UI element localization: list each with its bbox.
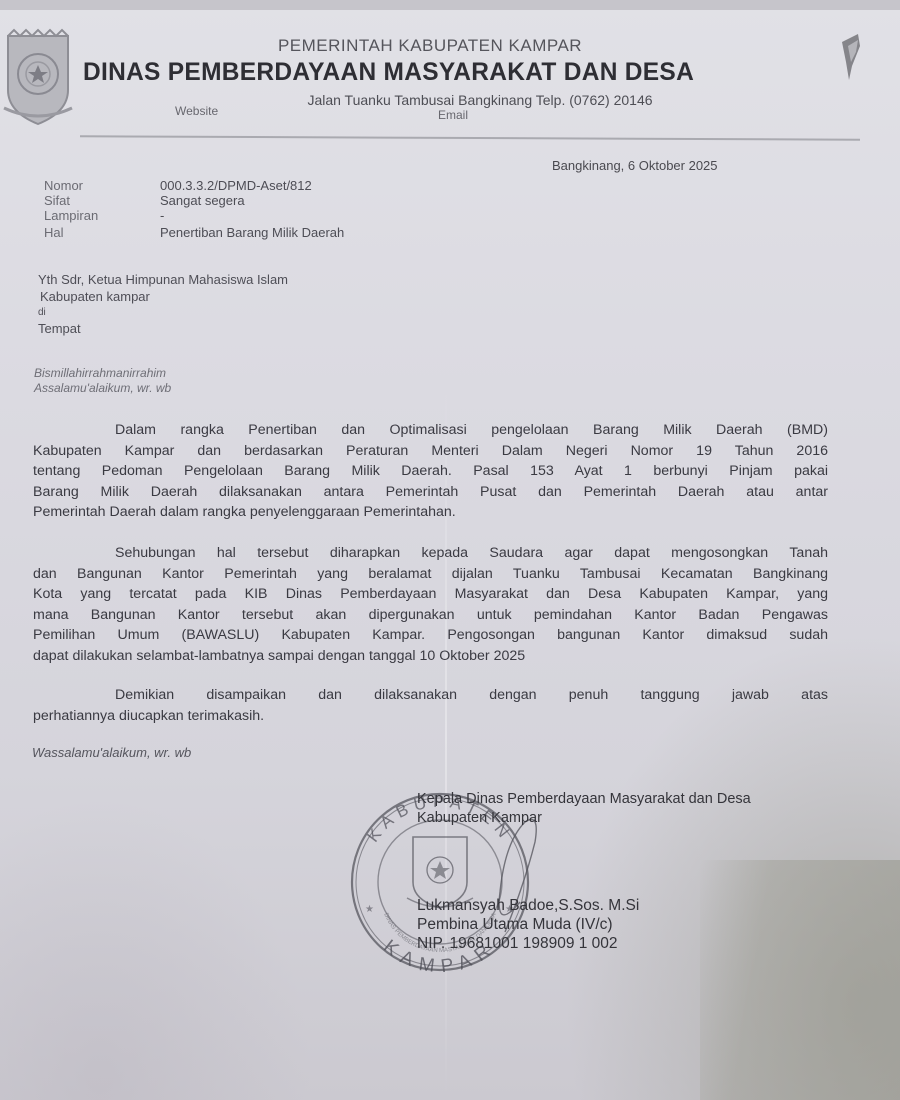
paragraph-line: mana Bangunan Kantor tersebut akan diper… [33,605,828,626]
body-paragraph-3: Demikian disampaikan dan dilaksanakan de… [33,685,828,726]
meta-value: 000.3.3.2/DPMD-Aset/812 [160,178,312,193]
letterhead-agency: DINAS PEMBERDAYAAN MASYARAKAT DAN DESA [83,58,694,87]
meta-value: Penertiban Barang Milik Daerah [160,225,344,240]
letterhead-website-label: Website [175,104,218,118]
meta-row-sifat: Sifat Sangat segera [44,193,344,208]
greeting-block: Bismillahirrahmanirrahim Assalamu'alaiku… [34,366,171,396]
meta-label: Hal [44,225,160,240]
meta-row-lampiran: Lampiran - [44,208,344,223]
meta-row-nomor: Nomor 000.3.3.2/DPMD-Aset/812 [44,178,344,193]
letter-meta: Nomor 000.3.3.2/DPMD-Aset/812 Sifat Sang… [44,178,344,240]
letter-page: PEMERINTAH KABUPATEN KAMPAR DINAS PEMBER… [0,0,900,1100]
signature-block: Kepala Dinas Pemberdayaan Masyarakat dan… [417,790,751,953]
paragraph-line: Kota yang tercatat pada KIB Dinas Pember… [33,584,828,605]
meta-label: Sifat [44,193,160,208]
greeting-line: Assalamu'alaikum, wr. wb [34,381,171,396]
paragraph-line: dan Bangunan Kantor Pemerintah yang bera… [33,564,828,585]
addressee-line: Tempat [38,320,288,337]
page-top-edge [0,0,900,10]
signatory-rank: Pembina Utama Muda (IV/c) [417,915,751,934]
addressee-line: di [38,305,288,320]
closing-salutation: Wassalamu'alaikum, wr. wb [32,745,191,760]
signatory-region: Kabupaten Kampar [417,809,751,828]
paragraph-line: Barang Milik Daerah dilaksanakan antara … [33,482,828,503]
meta-label: Nomor [44,178,160,193]
letterhead-address: Jalan Tuanku Tambusai Bangkinang Telp. (… [0,92,900,108]
paragraph-line: perhatiannya diucapkan terimakasih. [33,706,828,727]
paragraph-line: Pemilihan Umum (BAWASLU) Kabupaten Kampa… [33,625,828,646]
meta-row-hal: Hal Penertiban Barang Milik Daerah [44,225,344,240]
letterhead-government: PEMERINTAH KABUPATEN KAMPAR [0,36,860,56]
paragraph-line: Dalam rangka Penertiban dan Optimalisasi… [33,420,828,441]
signatory-details: Lukmansyah Badoe,S.Sos. M.Si Pembina Uta… [417,896,751,953]
addressee-block: Yth Sdr, Ketua Himpunan Mahasiswa Islam … [38,271,288,337]
paragraph-line: tentang Pedoman Pengelolaan Barang Milik… [33,461,828,482]
letter-date: Bangkinang, 6 Oktober 2025 [552,158,718,173]
paragraph-line: Sehubungan hal tersebut diharapkan kepad… [33,543,828,564]
body-paragraph-1: Dalam rangka Penertiban dan Optimalisasi… [33,420,828,523]
letterhead-email-label: Email [438,108,468,122]
greeting-line: Bismillahirrahmanirrahim [34,366,171,381]
body-paragraph-2: Sehubungan hal tersebut diharapkan kepad… [33,543,828,666]
meta-value: - [160,208,164,223]
signatory-position: Kepala Dinas Pemberdayaan Masyarakat dan… [417,790,751,809]
paragraph-line: dapat dilakukan selambat-lambatnya sampa… [33,646,828,667]
signatory-nip: NIP. 19681001 198909 1 002 [417,934,751,953]
letterhead-divider [80,135,860,140]
addressee-line: Kabupaten kampar [40,288,288,305]
svg-text:★: ★ [365,904,374,915]
paragraph-line: Demikian disampaikan dan dilaksanakan de… [33,685,828,706]
addressee-line: Yth Sdr, Ketua Himpunan Mahasiswa Islam [38,271,288,288]
meta-value: Sangat segera [160,193,245,208]
meta-label: Lampiran [44,208,160,223]
signatory-name: Lukmansyah Badoe,S.Sos. M.Si [417,896,751,915]
paragraph-line: Kabupaten Kampar dan berdasarkan Peratur… [33,441,828,462]
paragraph-line: Pemerintah Daerah dalam rangka penyeleng… [33,502,828,523]
